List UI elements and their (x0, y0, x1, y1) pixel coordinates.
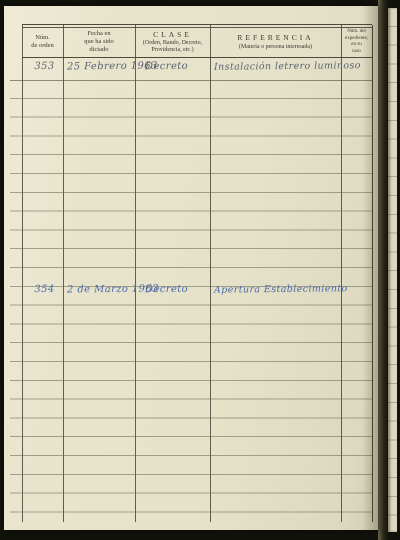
header-subtitle: (Materia o persona interesada) (239, 44, 312, 51)
header-bottom-border-line (22, 57, 372, 58)
scanned-ledger-photo: Núm. de orden Fecha en que ha sido dicta… (0, 0, 400, 540)
header-text: Núm. (35, 34, 50, 42)
header-text: dictado (89, 46, 108, 54)
table-top-border-line (22, 24, 372, 25)
column-header-fecha: Fecha en que ha sido dictado (63, 27, 135, 57)
column-header-num-orden: Núm. de orden (22, 27, 63, 57)
entry-reference: Apertura Establecimiento (214, 283, 348, 295)
header-text: Fecha en (87, 30, 110, 38)
facing-page-edge (388, 8, 397, 532)
column-header-referencia: REFERENCIA (Materia o persona interesada… (210, 27, 341, 57)
entry-class: Decreto (145, 284, 188, 295)
column-header-clase: CLASE (Orden, Bando, Decreto, Providenci… (135, 27, 210, 57)
column-divider-line (372, 25, 373, 522)
header-title: REFERENCIA (237, 33, 313, 42)
header-subtitle: Providencia, etc.) (151, 47, 193, 54)
header-title: CLASE (153, 30, 192, 39)
header-text: que ha sido (84, 38, 114, 46)
entry-reference: Instalación letrero luminoso (214, 60, 361, 73)
entry-number: 353 (28, 61, 61, 72)
ledger-entry-row: 353 25 Febrero 1963 Decreto Instalación … (4, 61, 378, 81)
ledger-entry-row: 354 2 de Marzo 1963 Decreto Apertura Est… (4, 284, 378, 304)
header-text: de orden (31, 42, 54, 50)
column-header-expediente: Núm. del expediente, en su caso (341, 27, 372, 57)
ledger-page: Núm. de orden Fecha en que ha sido dicta… (4, 6, 378, 530)
header-text: caso (352, 49, 361, 56)
entry-number: 354 (28, 284, 61, 295)
book-gutter-shadow (378, 0, 388, 540)
entry-class: Decreto (145, 61, 188, 72)
